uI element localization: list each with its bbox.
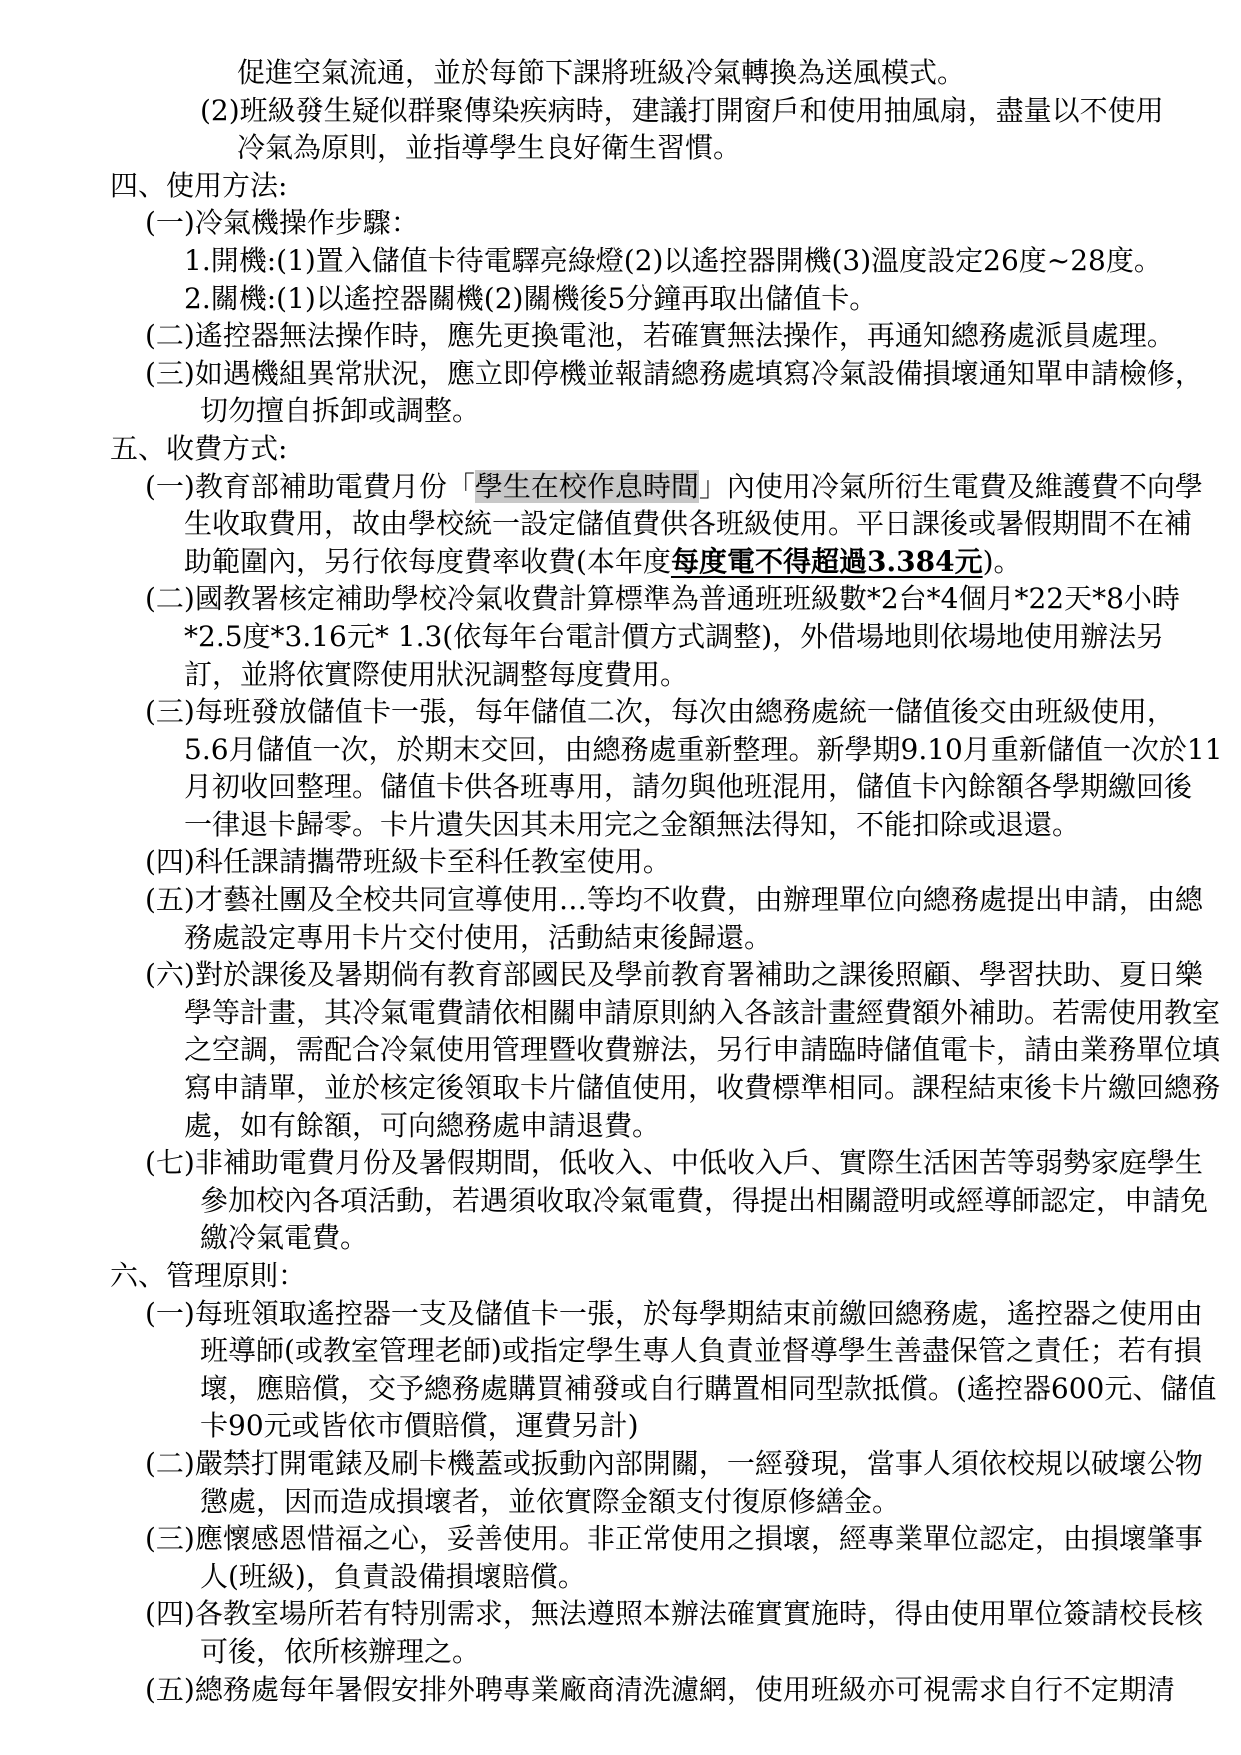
doc-line: 促進空氣流通，並於每節下課將班級冷氣轉換為送風模式。	[0, 54, 1241, 92]
doc-line: 參加校內各項活動，若遇須收取冷氣電費，得提出相關證明或經導師認定，申請免	[0, 1182, 1241, 1220]
doc-line: (一)冷氣機操作步驟：	[0, 204, 1241, 242]
doc-line: (三)應懷感恩惜福之心，妥善使用。非正常使用之損壞，經專業單位認定，由損壞肇事	[0, 1520, 1241, 1558]
doc-line: 人(班級)，負責設備損壞賠償。	[0, 1558, 1241, 1596]
doc-line: (四)各教室場所若有特別需求，無法遵照本辦法確實實施時，得由使用單位簽請校長核	[0, 1595, 1241, 1633]
text-run: )。	[983, 545, 1022, 578]
section-heading-fees: 五、收費方式:	[0, 430, 1241, 468]
doc-line: (三)每班發放儲值卡一張，每年儲值二次，每次由總務處統一儲值後交由班級使用，	[0, 693, 1241, 731]
document-page: 促進空氣流通，並於每節下課將班級冷氣轉換為送風模式。 (2)班級發生疑似群聚傳染…	[0, 0, 1241, 1755]
doc-line: 繳冷氣電費。	[0, 1219, 1241, 1257]
doc-line: 1.開機:(1)置入儲值卡待電驛亮綠燈(2)以遙控器開機(3)溫度設定26度~2…	[0, 242, 1241, 280]
doc-line: (二)遙控器無法操作時，應先更換電池，若確實無法操作，再通知總務處派員處理。	[0, 317, 1241, 355]
doc-line: 月初收回整理。儲值卡供各班專用，請勿與他班混用，儲值卡內餘額各學期繳回後	[0, 768, 1241, 806]
section-heading-usage: 四、使用方法:	[0, 167, 1241, 205]
doc-line: 生收取費用，故由學校統一設定儲值費供各班級使用。平日課後或暑假期間不在補	[0, 505, 1241, 543]
doc-line: (五)才藝社團及全校共同宣導使用…等均不收費，由辦理單位向總務處提出申請，由總	[0, 881, 1241, 919]
section-heading-management: 六、管理原則：	[0, 1257, 1241, 1295]
doc-line: 訂，並將依實際使用狀況調整每度費用。	[0, 656, 1241, 694]
doc-line: 懲處，因而造成損壞者，並依實際金額支付復原修繕金。	[0, 1483, 1241, 1521]
doc-line: 處，如有餘額，可向總務處申請退費。	[0, 1107, 1241, 1145]
doc-line: 務處設定專用卡片交付使用，活動結束後歸還。	[0, 919, 1241, 957]
doc-line: 2.關機:(1)以遙控器關機(2)關機後5分鐘再取出儲值卡。	[0, 280, 1241, 318]
doc-line: 學等計畫，其冷氣電費請依相關申請原則納入各該計畫經費額外補助。若需使用教室	[0, 994, 1241, 1032]
doc-line: 之空調，需配合冷氣使用管理暨收費辦法，另行申請臨時儲值電卡，請由業務單位填	[0, 1031, 1241, 1069]
doc-line: (二)國教署核定補助學校冷氣收費計算標準為普通班班級數*2台*4個月*22天*8…	[0, 580, 1241, 618]
max-rate-emphasis: 每度電不得超過3.384元	[671, 545, 983, 578]
text-run: (一)教育部補助電費月份「	[145, 470, 475, 503]
doc-line: 壞，應賠償，交予總務處購買補發或自行購置相同型款抵償。(遙控器600元、儲值	[0, 1370, 1241, 1408]
text-run: 助範圍內，另行依每度費率收費(本年度	[184, 545, 671, 578]
doc-line: (二)嚴禁打開電錶及刷卡機蓋或扳動內部開關，一經發現，當事人須依校規以破壞公物	[0, 1445, 1241, 1483]
doc-line: 切勿擅自拆卸或調整。	[0, 392, 1241, 430]
doc-line: (五)總務處每年暑假安排外聘專業廠商清洗濾網，使用班級亦可視需求自行不定期清	[0, 1671, 1241, 1709]
doc-line: (一)每班領取遙控器一支及儲值卡一張，於每學期結束前繳回總務處，遙控器之使用由	[0, 1295, 1241, 1333]
doc-line-with-emphasis: 助範圍內，另行依每度費率收費(本年度每度電不得超過3.384元)。	[0, 543, 1241, 581]
doc-line: 一律退卡歸零。卡片遺失因其未用完之金額無法得知，不能扣除或退還。	[0, 806, 1241, 844]
doc-line: 寫申請單，並於核定後領取卡片儲值使用，收費標準相同。課程結束後卡片繳回總務	[0, 1069, 1241, 1107]
doc-line: (2)班級發生疑似群聚傳染疾病時，建議打開窗戶和使用抽風扇，盡量以不使用	[0, 92, 1241, 130]
doc-line: 可後，依所核辦理之。	[0, 1633, 1241, 1671]
doc-line: 班導師(或教室管理老師)或指定學生專人負責並督導學生善盡保管之責任；若有損	[0, 1332, 1241, 1370]
doc-line: (七)非補助電費月份及暑假期間，低收入、中低收入戶、實際生活困苦等弱勢家庭學生	[0, 1144, 1241, 1182]
doc-line-with-highlight: (一)教育部補助電費月份「學生在校作息時間」內使用冷氣所衍生電費及維護費不向學	[0, 468, 1241, 506]
doc-line: (四)科任課請攜帶班級卡至科任教室使用。	[0, 843, 1241, 881]
doc-line: 冷氣為原則，並指導學生良好衛生習慣。	[0, 129, 1241, 167]
doc-line: *2.5度*3.16元* 1.3(依每年台電計價方式調整)，外借場地則依場地使用…	[0, 618, 1241, 656]
doc-line: 5.6月儲值一次，於期末交回，由總務處重新整理。新學期9.10月重新儲值一次於1…	[0, 731, 1241, 769]
doc-line: (三)如遇機組異常狀況，應立即停機並報請總務處填寫冷氣設備損壞通知單申請檢修，	[0, 355, 1241, 393]
doc-line: 卡90元或皆依市價賠償，運費另計)	[0, 1407, 1241, 1445]
highlighted-school-hours-term: 學生在校作息時間	[475, 470, 699, 503]
text-run: 」內使用冷氣所衍生電費及維護費不向學	[699, 470, 1203, 503]
doc-line: (六)對於課後及暑期倘有教育部國民及學前教育署補助之課後照顧、學習扶助、夏日樂	[0, 956, 1241, 994]
